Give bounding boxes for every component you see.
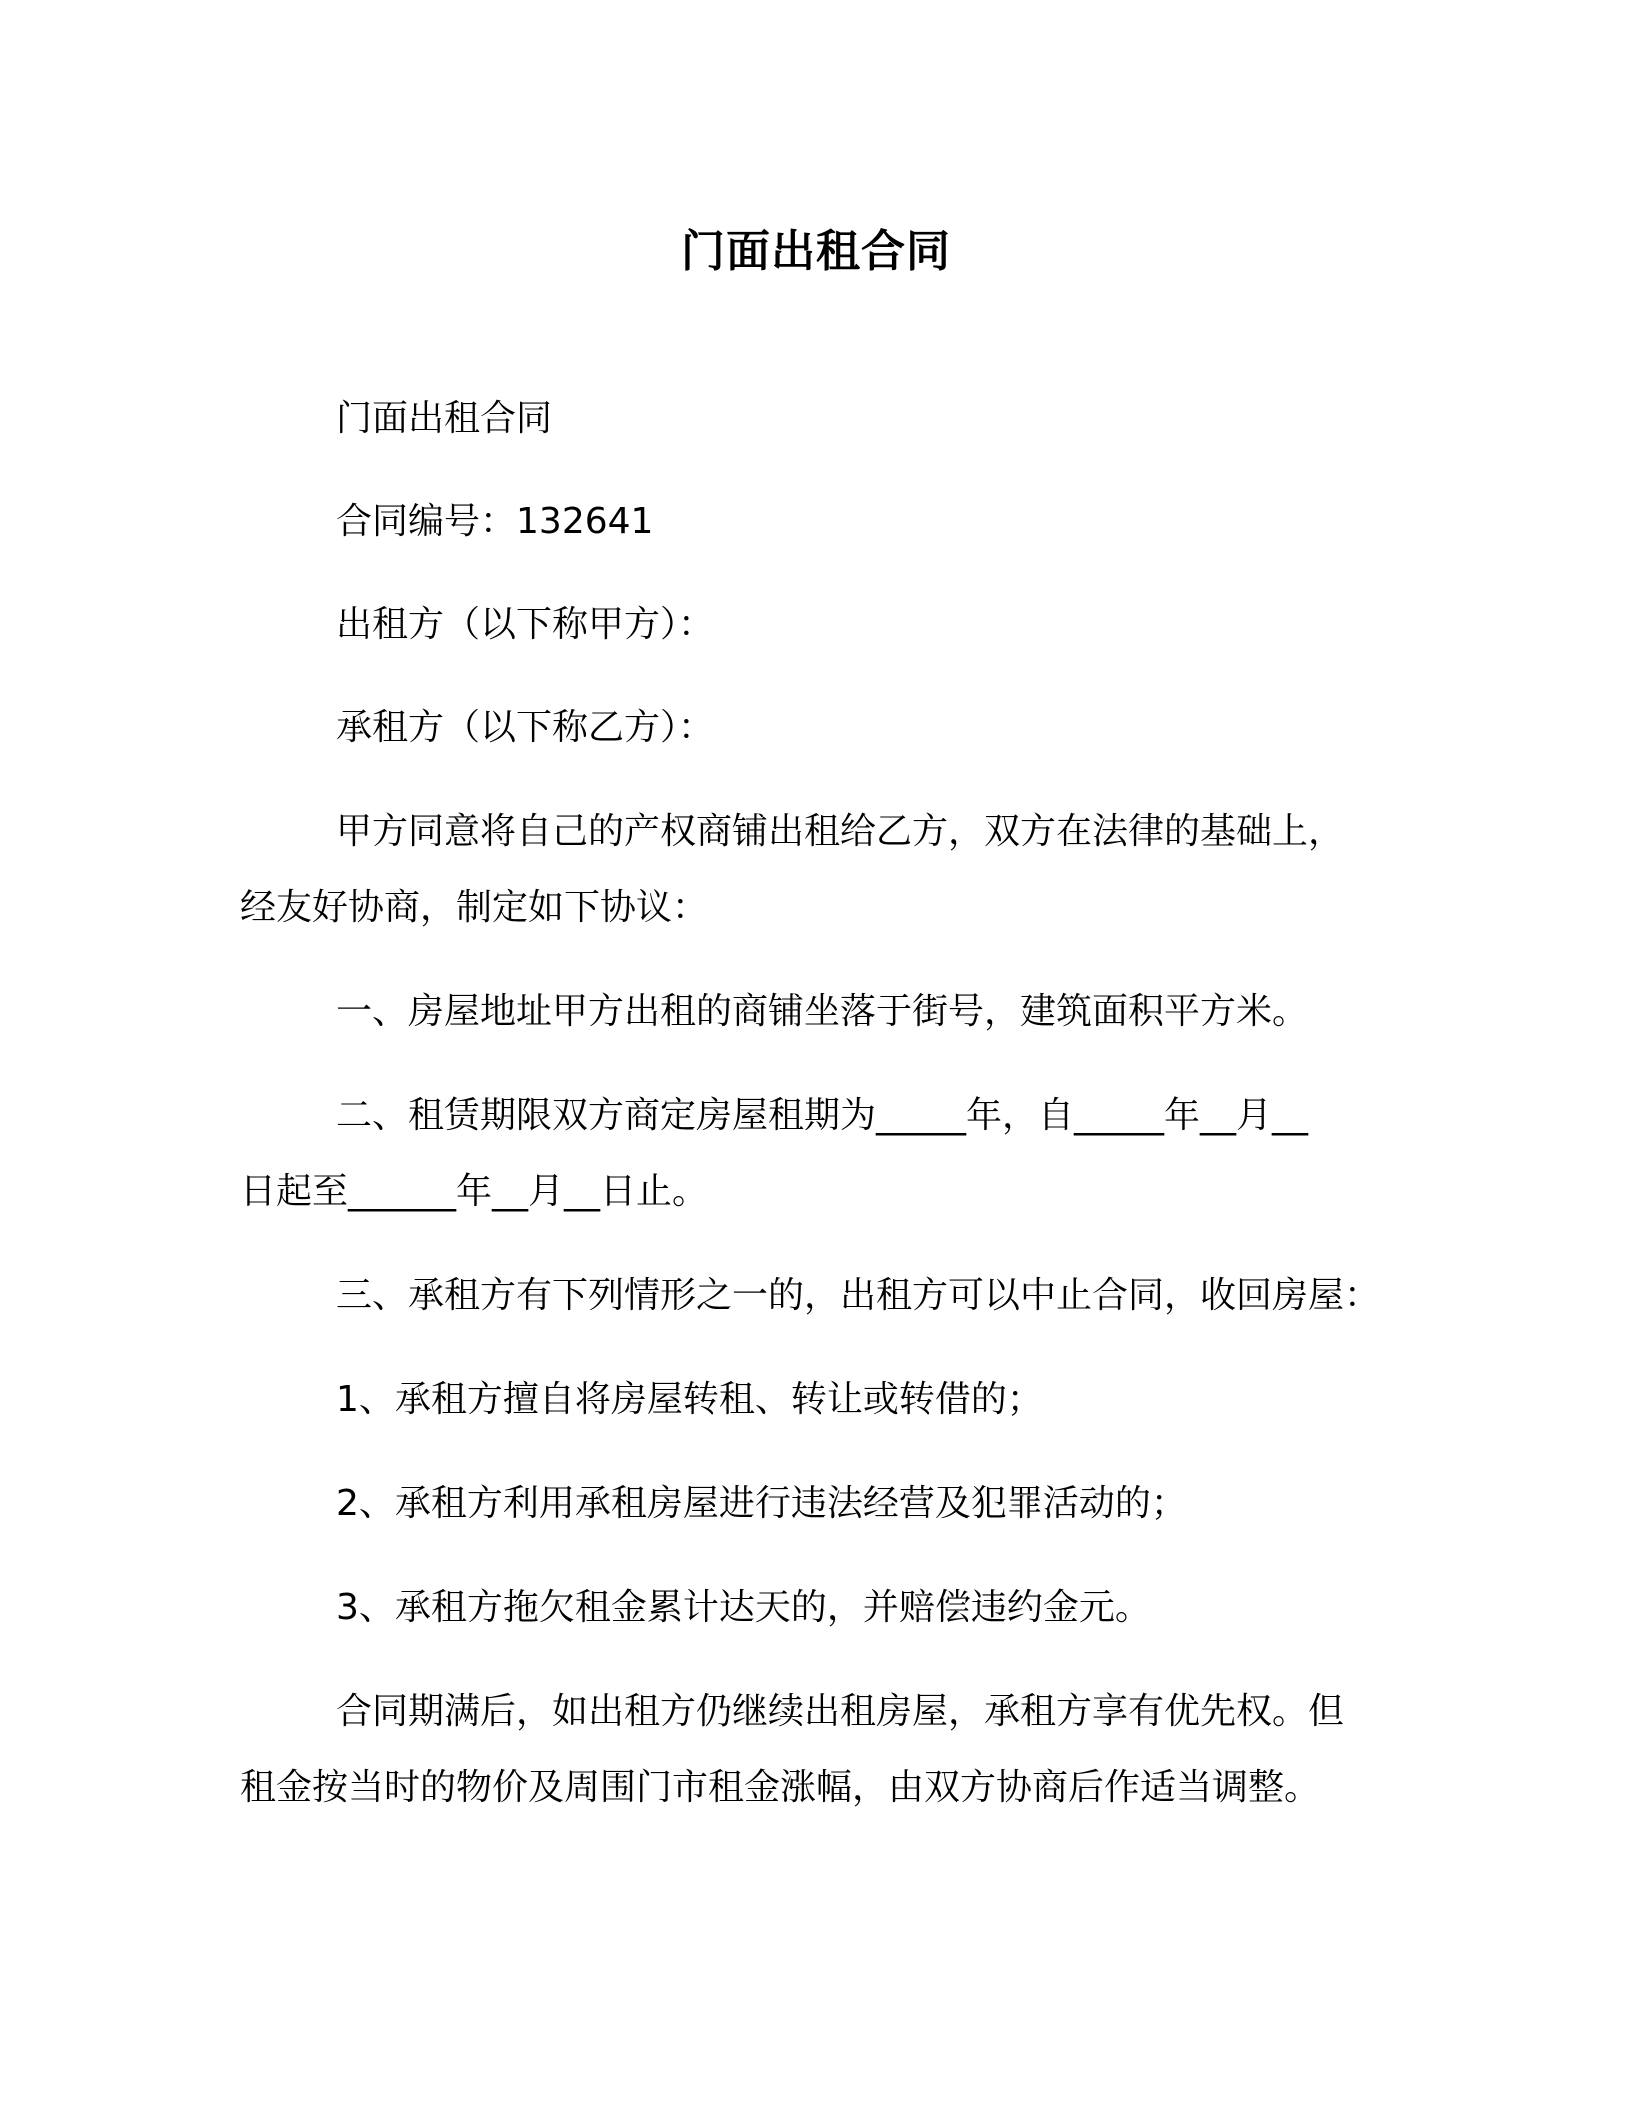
clause-3-termination: 三、承租方有下列情形之一的，出租方可以中止合同，收回房屋： (336, 1274, 1380, 1318)
document-title: 门面出租合同 (0, 222, 1632, 282)
clause-1-address: 一、房屋地址甲方出租的商铺坐落于街号，建筑面积平方米。 (336, 990, 1308, 1034)
renewal-paragraph-line-2: 租金按当时的物价及周围门市租金涨幅，由双方协商后作适当调整。 (240, 1766, 1320, 1810)
contract-number-line: 合同编号：132641 (336, 500, 653, 544)
clause-2-term-line-1: 二、租赁期限双方商定房屋租期为_____年，自_____年__月__ (336, 1094, 1308, 1138)
lessor-line: 出租方（以下称甲方）： (336, 603, 714, 647)
document-page: 门面出租合同 门面出租合同 合同编号：132641 出租方（以下称甲方）： 承租… (0, 0, 1632, 2112)
intro-paragraph-line-1: 甲方同意将自己的产权商铺出租给乙方，双方在法律的基础上， (336, 810, 1344, 854)
contract-number-label: 合同编号： (336, 501, 516, 542)
intro-paragraph-line-2: 经友好协商，制定如下协议： (240, 886, 708, 930)
document-subtitle: 门面出租合同 (336, 397, 552, 441)
clause-3-item-2: 2、承租方利用承租房屋进行违法经营及犯罪活动的； (336, 1482, 1187, 1526)
renewal-paragraph-line-1: 合同期满后，如出租方仍继续出租房屋，承租方享有优先权。但 (336, 1690, 1344, 1734)
clause-3-item-1: 1、承租方擅自将房屋转租、转让或转借的； (336, 1378, 1043, 1422)
contract-number-value: 132641 (516, 501, 653, 542)
clause-3-item-3: 3、承租方拖欠租金累计达天的，并赔偿违约金元。 (336, 1586, 1151, 1630)
lessee-line: 承租方（以下称乙方）： (336, 706, 714, 750)
clause-2-term-line-2: 日起至______年__月__日止。 (240, 1170, 708, 1214)
